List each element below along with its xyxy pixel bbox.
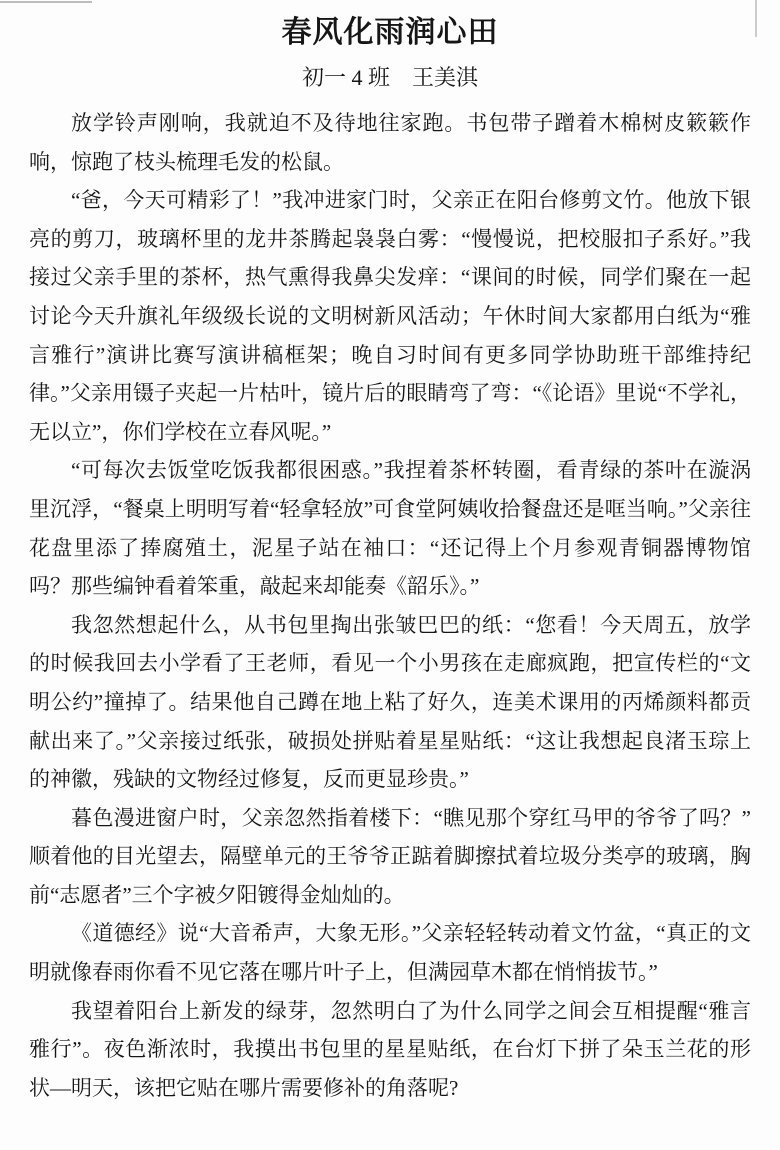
document-page: 春风化雨润心田 初一 4 班 王美淇 放学铃声刚响，我就迫不及待地往家跑。书包带… bbox=[0, 0, 780, 1150]
essay-paragraph-3: “可每次去饭堂吃饭我都很困惑。”我捏着茶杯转圈，看青绿的茶叶在漩涡里沉浮，“餐桌… bbox=[29, 451, 751, 605]
essay-paragraph-2: “爸，今天可精彩了！”我冲进家门时，父亲正在阳台修剪文竹。他放下银亮的剪刀，玻璃… bbox=[29, 181, 751, 451]
essay-paragraph-4: 我忽然想起什么，从书包里掏出张皱巴巴的纸：“您看！今天周五，放学的时候我回去小学… bbox=[29, 606, 751, 799]
essay-body: 放学铃声刚响，我就迫不及待地往家跑。书包带子蹭着木棉树皮簌簌作响，惊跑了枝头梳理… bbox=[29, 104, 751, 1107]
essay-paragraph-6: 《道德经》说“大音希声，大象无形。”父亲轻轻转动着文竹盆，“真正的文明就像春雨你… bbox=[29, 914, 751, 991]
window-border-fragment-top bbox=[0, 1, 92, 3]
essay-paragraph-7: 我望着阳台上新发的绿芽，忽然明白了为什么同学之间会互相提醒“雅言雅行”。夜色渐浓… bbox=[29, 992, 751, 1108]
essay-byline: 初一 4 班 王美淇 bbox=[29, 62, 751, 94]
essay-paragraph-5: 暮色漫进窗户时，父亲忽然指着楼下：“瞧见那个穿红马甲的爷爷了吗？”顺着他的目光望… bbox=[29, 799, 751, 915]
essay-paragraph-1: 放学铃声刚响，我就迫不及待地往家跑。书包带子蹭着木棉树皮簌簌作响，惊跑了枝头梳理… bbox=[29, 104, 751, 181]
window-border-fragment-right bbox=[755, 0, 757, 37]
essay-content: 春风化雨润心田 初一 4 班 王美淇 放学铃声刚响，我就迫不及待地往家跑。书包带… bbox=[0, 0, 780, 1107]
essay-title: 春风化雨润心田 bbox=[29, 12, 751, 54]
